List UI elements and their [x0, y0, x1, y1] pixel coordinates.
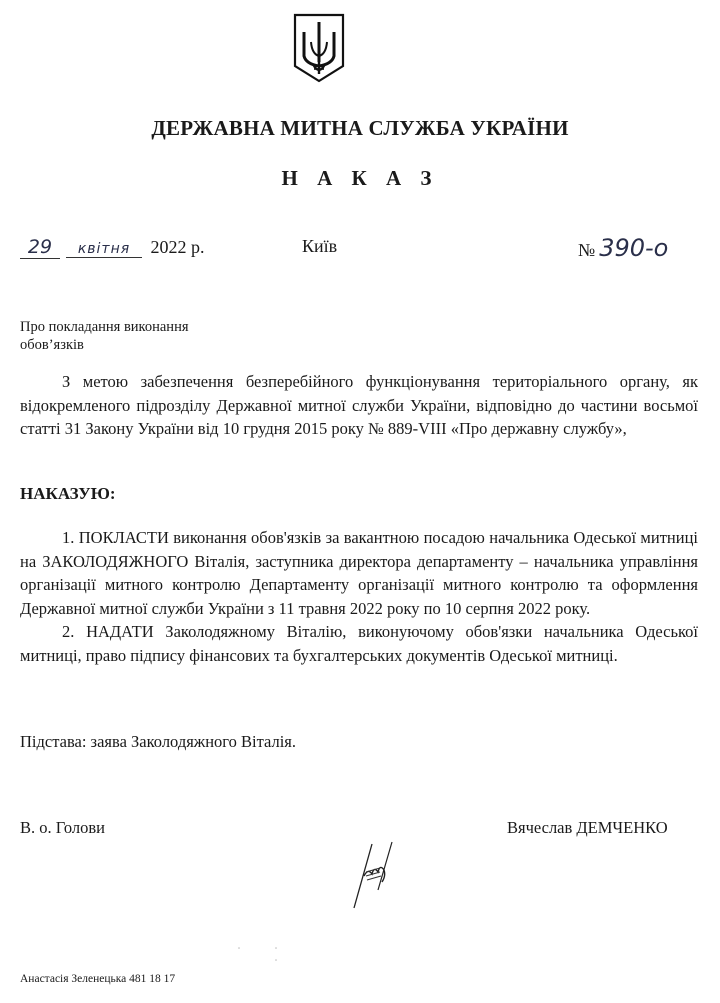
order-items: 1. ПОКЛАСТИ виконання обов'язків за вака… [20, 526, 698, 667]
order-number: №390-о [578, 234, 668, 262]
preamble-text: З метою забезпечення безперебійного функ… [20, 370, 698, 441]
trident-emblem-icon [292, 12, 346, 84]
date-year: 2022 р. [151, 237, 205, 257]
city: Київ [302, 236, 337, 257]
subject-line-1: Про покладання виконання [20, 318, 189, 336]
date-month: квітня [66, 241, 142, 258]
preamble: З метою забезпечення безперебійного функ… [20, 370, 698, 441]
scan-specks [236, 944, 286, 964]
order-subject: Про покладання виконання обов’язків [20, 318, 189, 354]
signatory-name: Вячеслав ДЕМЧЕНКО [507, 818, 668, 838]
subject-line-2: обов’язків [20, 336, 189, 354]
number-value: 390-о [599, 234, 668, 262]
basis: Підстава: заява Заколодяжного Віталія. [20, 732, 296, 752]
order-date: 29квітня 2022 р. [20, 236, 205, 259]
document-type-title: Н А К А З [0, 166, 720, 191]
order-word: НАКАЗУЮ: [20, 484, 116, 504]
executor-info: Анастасія Зеленецька 481 18 17 [20, 973, 175, 985]
order-item-2: 2. НАДАТИ Заколодяжному Віталію, виконую… [20, 620, 698, 667]
organization-title: ДЕРЖАВНА МИТНА СЛУЖБА УКРАЇНИ [0, 116, 720, 141]
signatory-position: В. о. Голови [20, 818, 105, 838]
handwritten-signature-icon [350, 838, 410, 910]
date-day: 29 [20, 236, 60, 259]
order-item-1: 1. ПОКЛАСТИ виконання обов'язків за вака… [20, 526, 698, 620]
number-sign: № [578, 240, 595, 260]
